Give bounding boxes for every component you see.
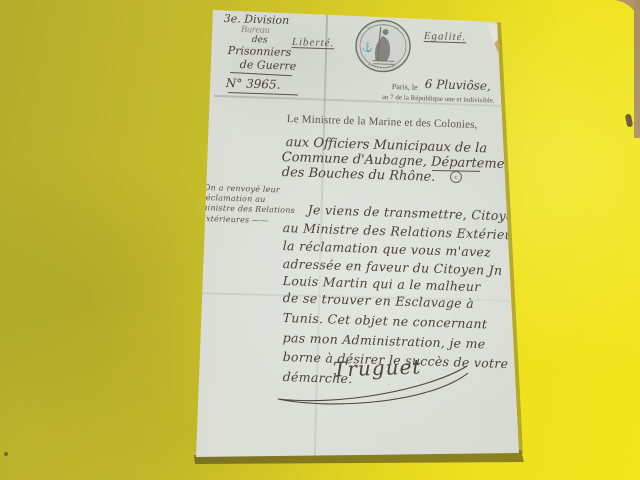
backing-board-edge (634, 0, 640, 138)
margin-note-line-2: réclamation au (202, 193, 266, 204)
body-line: Tunis. Cet objet ne concernant (283, 310, 488, 331)
body-line: Je viens de transmettre, Citoyens, (308, 202, 534, 224)
egalite-motto: Egalité. (424, 30, 467, 43)
margin-note-line-3: ministre des Relations (200, 203, 295, 215)
signature-flourish (268, 360, 478, 410)
minister-heading: Le Ministre de la Marine et des Colonies… (287, 113, 478, 131)
liberte-motto: Liberté. (292, 36, 335, 49)
dateline-handwritten-date: 6 Pluviôse, (425, 77, 491, 93)
mat-speck (4, 452, 8, 456)
photo-of-letter: { "photo": { "colors": { "mat_yellow_lef… (0, 0, 640, 480)
dateline-printed-prefix: Paris, le (392, 82, 418, 92)
body-line: pas mon Administration, je me (283, 330, 486, 351)
de-guerre-line: de Guerre (240, 58, 297, 73)
margin-note-line-4: Extérieures —— (200, 214, 269, 225)
archival-mark-letter: c (454, 173, 458, 180)
archival-circled-mark: c (450, 171, 462, 183)
marianne-with-anchor-seal-icon: ⚓ (350, 14, 416, 80)
prisonniers-line: Prisonniers (228, 44, 292, 59)
svg-text:⚓: ⚓ (362, 41, 374, 53)
dossier-number: N° 3965. (226, 76, 281, 92)
